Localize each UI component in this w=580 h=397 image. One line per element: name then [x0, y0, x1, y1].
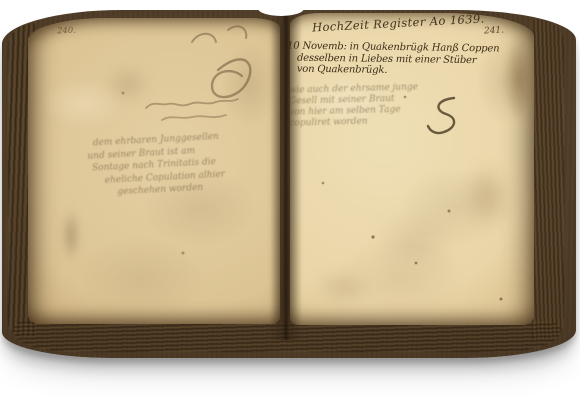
page-stack-right-edge [532, 20, 564, 340]
bleedthrough-text-right: wie auch der ehrsame junge Gesell mit se… [288, 82, 419, 129]
right-page-number: 241. [484, 25, 505, 36]
page-stack-bottom-edge [14, 322, 560, 352]
gutter-top-notch [258, 1, 304, 16]
bleedthrough-text-left: dem ehrbaren Junggesellen und seiner Bra… [92, 131, 226, 200]
book-photograph: 240. 241. HochZeit Register Ao 1639. 10 … [0, 0, 580, 397]
handwritten-entry: 10 Novemb: in Quakenbrügk Hanß Coppen de… [287, 41, 500, 78]
ink-specks [0, 0, 2, 2]
left-page-number: 240. [57, 26, 76, 37]
